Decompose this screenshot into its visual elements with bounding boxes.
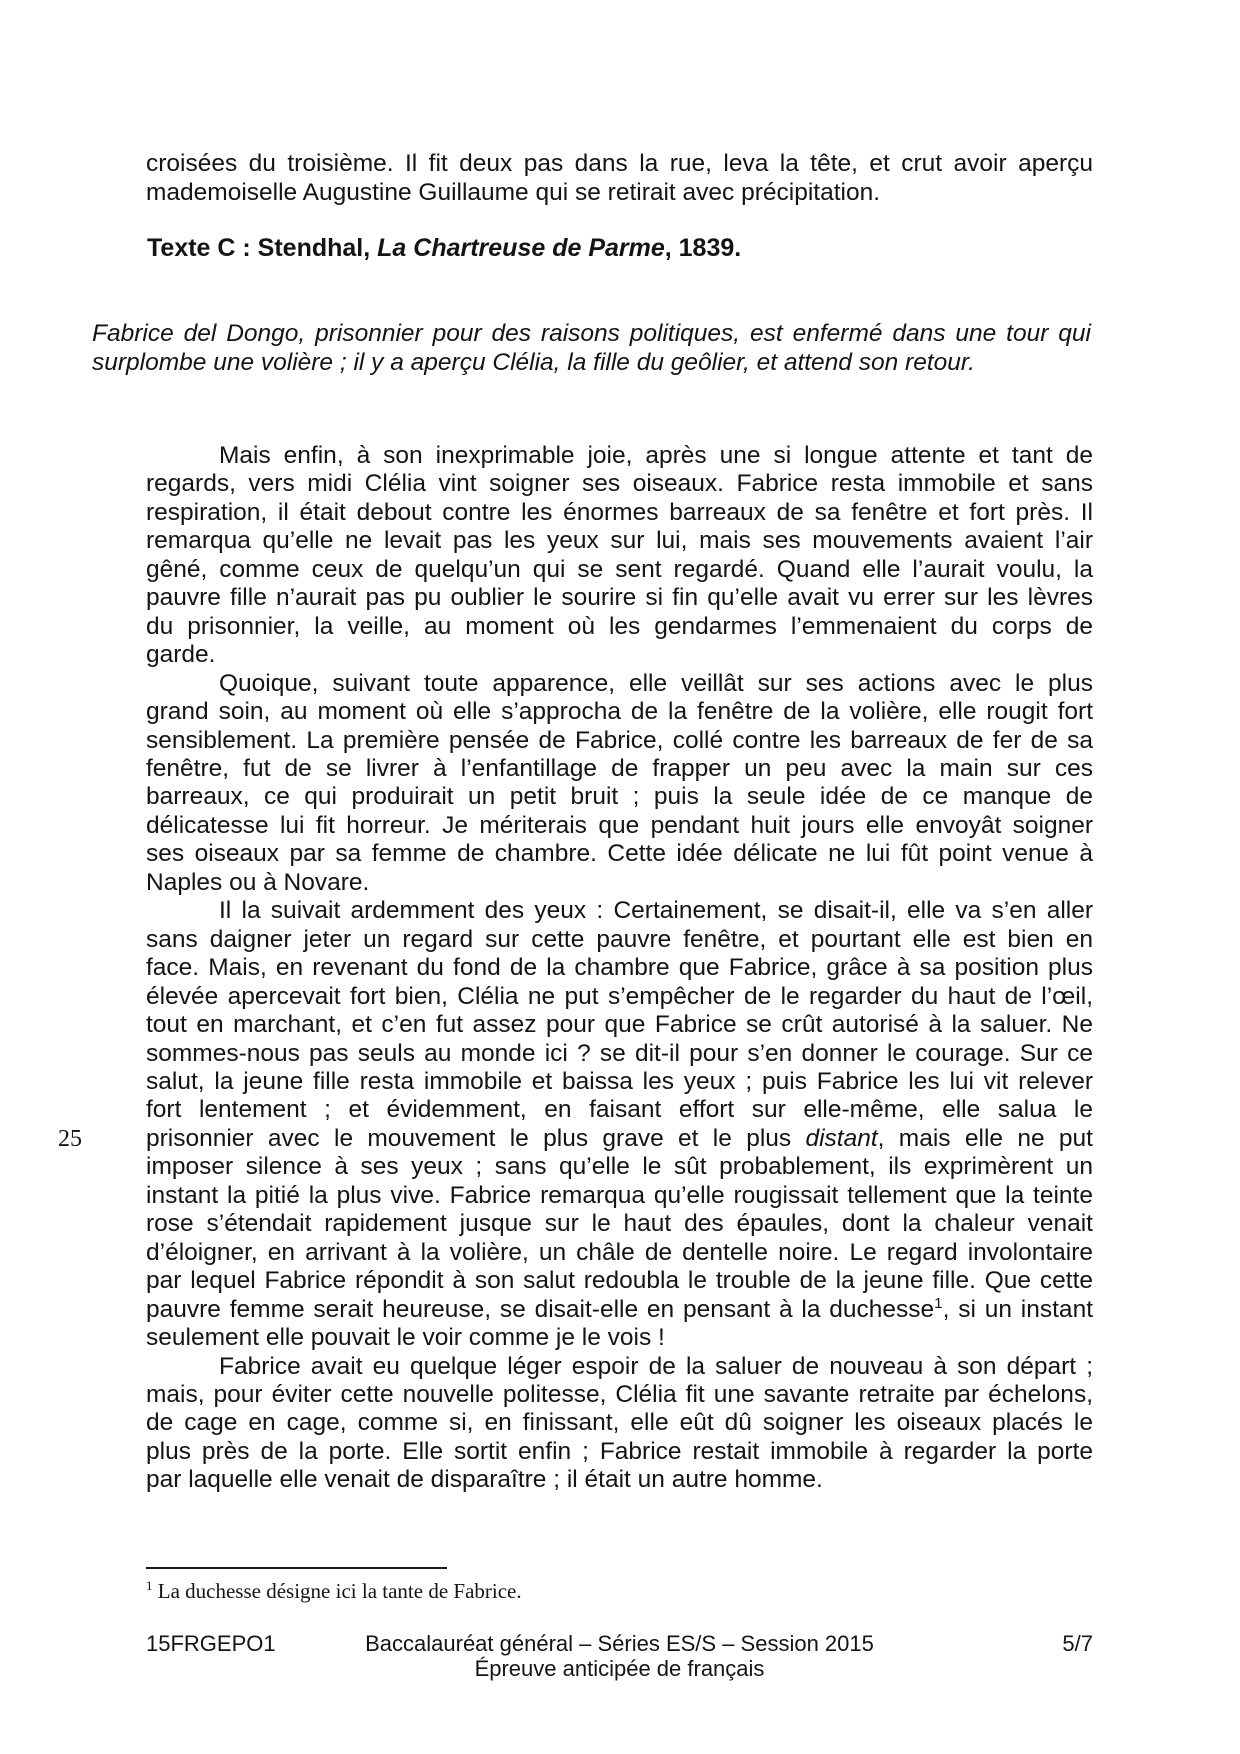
body-line: sans daigner jeter un regard sur cette p…	[146, 926, 1093, 954]
body-line: rose s’étendait rapidement jusque sur le…	[146, 1210, 1093, 1238]
body-line: Quoique, suivant toute apparence, elle v…	[146, 670, 1093, 698]
heading-suffix: , 1839.	[665, 234, 741, 262]
footnote-text: La duchesse désigne ici la tante de Fabr…	[153, 1579, 522, 1603]
page-footer: 15FRGEPO1 Baccalauréat général – Séries …	[146, 1631, 1093, 1681]
body-line: regards, vers midi Clélia vint soigner s…	[146, 470, 1093, 498]
continuation-line: croisées du troisième. Il fit deux pas d…	[146, 150, 1093, 179]
body-line: barreaux, ce qui produirait un petit bru…	[146, 783, 1093, 811]
body-line: sensiblement. La première pensée de Fabr…	[146, 727, 1093, 755]
body-line: plus près de la porte. Elle sortit enfin…	[146, 1438, 1093, 1466]
body-line: fenêtre, fut de se livrer à l’enfantilla…	[146, 755, 1093, 783]
body-line: Mais enfin, à son inexprimable joie, apr…	[146, 442, 1093, 470]
page-number: 5/7	[1062, 1631, 1093, 1656]
body-line: mais, pour éviter cette nouvelle polites…	[146, 1381, 1093, 1409]
text-source-heading: Texte C : Stendhal, La Chartreuse de Par…	[147, 234, 741, 263]
body-line: Naples ou à Novare.	[146, 869, 1093, 897]
body-line: pauvre fille n’aurait pas pu oublier le …	[146, 584, 1093, 612]
body-line: pauvre femme serait heureuse, se disait-…	[146, 1296, 1093, 1324]
body-line: remarqua qu’elle ne levait pas les yeux …	[146, 527, 1093, 555]
footer-line-2: Épreuve anticipée de français	[146, 1656, 1093, 1681]
document-page: croisées du troisième. Il fit deux pas d…	[0, 0, 1240, 1754]
body-line: respiration, il était debout contre les …	[146, 499, 1093, 527]
body-line: imposer silence à ses yeux ; sans qu’ell…	[146, 1153, 1093, 1181]
introduction-line: surplombe une volière ; il y a aperçu Cl…	[92, 348, 1091, 377]
footnote-reference: 1	[934, 1294, 942, 1311]
line-number: 25	[58, 1126, 104, 1153]
work-title: La Chartreuse de Parme	[377, 234, 665, 262]
body-line: instant la pitié la plus vive. Fabrice r…	[146, 1182, 1093, 1210]
body-line: face. Mais, en revenant du fond de la ch…	[146, 954, 1093, 982]
body-line: grand soin, au moment où elle s’approcha…	[146, 698, 1093, 726]
text-segment: prisonnier avec le mouvement le plus gra…	[146, 1125, 805, 1152]
body-line: d’éloigner, en arrivant à la volière, un…	[146, 1239, 1093, 1267]
body-line: sommes-nous pas seuls au monde ici ? se …	[146, 1040, 1093, 1068]
document-code: 15FRGEPO1	[146, 1631, 276, 1656]
footnote: 1 La duchesse désigne ici la tante de Fa…	[146, 1578, 522, 1604]
body-line: garde.	[146, 641, 1093, 669]
body-line: Fabrice avait eu quelque léger espoir de…	[146, 1353, 1093, 1381]
text-segment: pauvre femme serait heureuse, se disait-…	[146, 1296, 934, 1323]
text-segment: , si un instant	[943, 1296, 1093, 1323]
heading-prefix: Texte C : Stendhal,	[147, 234, 377, 262]
body-line: du prisonnier, la veille, au moment où l…	[146, 613, 1093, 641]
body-line: par laquelle elle venait de disparaître …	[146, 1466, 1093, 1494]
body-line: fort lentement ; et évidemment, en faisa…	[146, 1096, 1093, 1124]
body-line: 25prisonnier avec le mouvement le plus g…	[146, 1125, 1093, 1153]
continuation-line: mademoiselle Augustine Guillaume qui se …	[146, 179, 1093, 208]
introduction-note: Fabrice del Dongo, prisonnier pour des r…	[92, 319, 1091, 377]
introduction-line: Fabrice del Dongo, prisonnier pour des r…	[92, 319, 1091, 348]
body-line: Il la suivait ardemment des yeux : Certa…	[146, 897, 1093, 925]
text-segment: , mais elle ne put	[878, 1125, 1093, 1152]
body-line: gêné, comme ceux de quelqu’un qui se sen…	[146, 556, 1093, 584]
body-line: salut, la jeune fille resta immobile et …	[146, 1068, 1093, 1096]
emphasized-word: distant	[805, 1125, 877, 1152]
body-line: délicatesse lui fit horreur. Je méritera…	[146, 812, 1093, 840]
text-body: Mais enfin, à son inexprimable joie, apr…	[146, 442, 1093, 1495]
body-line: de cage en cage, comme si, en finissant,…	[146, 1409, 1093, 1437]
footer-center-line2: Épreuve anticipée de français	[475, 1656, 765, 1681]
footnote-separator	[146, 1567, 447, 1569]
continuation-paragraph: croisées du troisième. Il fit deux pas d…	[146, 150, 1093, 207]
footer-center-line1: Baccalauréat général – Séries ES/S – Ses…	[365, 1631, 874, 1656]
body-line: par lequel Fabrice répondit à son salut …	[146, 1267, 1093, 1295]
body-line: tout en marchant, et c’en fut assez pour…	[146, 1011, 1093, 1039]
body-line: élevée apercevait fort bien, Clélia ne p…	[146, 983, 1093, 1011]
footer-line-1: 15FRGEPO1 Baccalauréat général – Séries …	[146, 1631, 1093, 1656]
body-line: seulement elle pouvait le voir comme je …	[146, 1324, 1093, 1352]
body-line: ses oiseaux par sa femme de chambre. Cet…	[146, 840, 1093, 868]
